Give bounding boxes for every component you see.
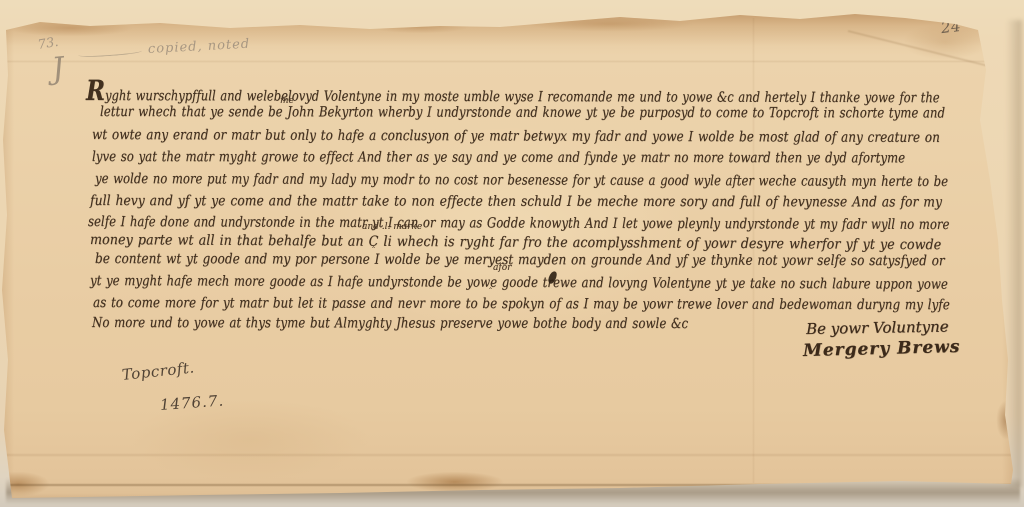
- crease-line: [0, 453, 1024, 457]
- pencil-initial-annotation: J: [50, 51, 66, 87]
- folio-number: 24: [940, 17, 962, 37]
- pencil-number-annotation: 73.: [37, 35, 60, 53]
- manuscript-photograph: 73. copied, noted J 24 Ryght wurschypffu…: [0, 0, 1024, 507]
- signature-name: Mergery Brews: [803, 337, 961, 361]
- date-annotation: 1476.7.: [159, 392, 224, 414]
- pencil-scribble: [78, 48, 142, 58]
- interlineation: afor: [493, 263, 511, 273]
- pencil-note-annotation: copied, noted: [148, 37, 251, 57]
- manuscript-line: wt owte any erand or matr but only to ha…: [92, 127, 940, 147]
- manuscript-line: yt ye myght hafe mech more goode as I ha…: [90, 273, 948, 294]
- caret-mark: ‸: [489, 281, 492, 290]
- parchment-sheet: 73. copied, noted J 24 Ryght wurschypffu…: [0, 0, 1024, 507]
- place-annotation: Topcroft.: [121, 358, 195, 384]
- signature-valediction: Be yowr Voluntyne: [806, 318, 949, 338]
- crease-line: [0, 60, 1024, 63]
- manuscript-line: ye wolde no more put my fadr and my lady…: [95, 171, 948, 191]
- manuscript-line: full hevy and yf yt ye come and the matt…: [90, 193, 942, 211]
- interlineation: me: [280, 96, 294, 106]
- manuscript-line: lyve so yat the matr myght growe to effe…: [92, 149, 905, 167]
- manuscript-line: lettur whech that ye sende be John Bekyr…: [100, 104, 945, 122]
- crease-line: [848, 30, 1004, 71]
- manuscript-line: No more und to yowe at thys tyme but Alm…: [92, 315, 688, 333]
- parchment-shadow-right: [1006, 20, 1022, 487]
- manuscript-line: be content wt yt goode and my por person…: [95, 251, 945, 270]
- manuscript-line: as to come more for yt matr but let it p…: [93, 295, 950, 314]
- manuscript-line: selfe I hafe done and undyrstonde in the…: [88, 214, 950, 234]
- caret-mark: ‸: [372, 240, 375, 249]
- interlineation: and .l. marke: [362, 222, 422, 232]
